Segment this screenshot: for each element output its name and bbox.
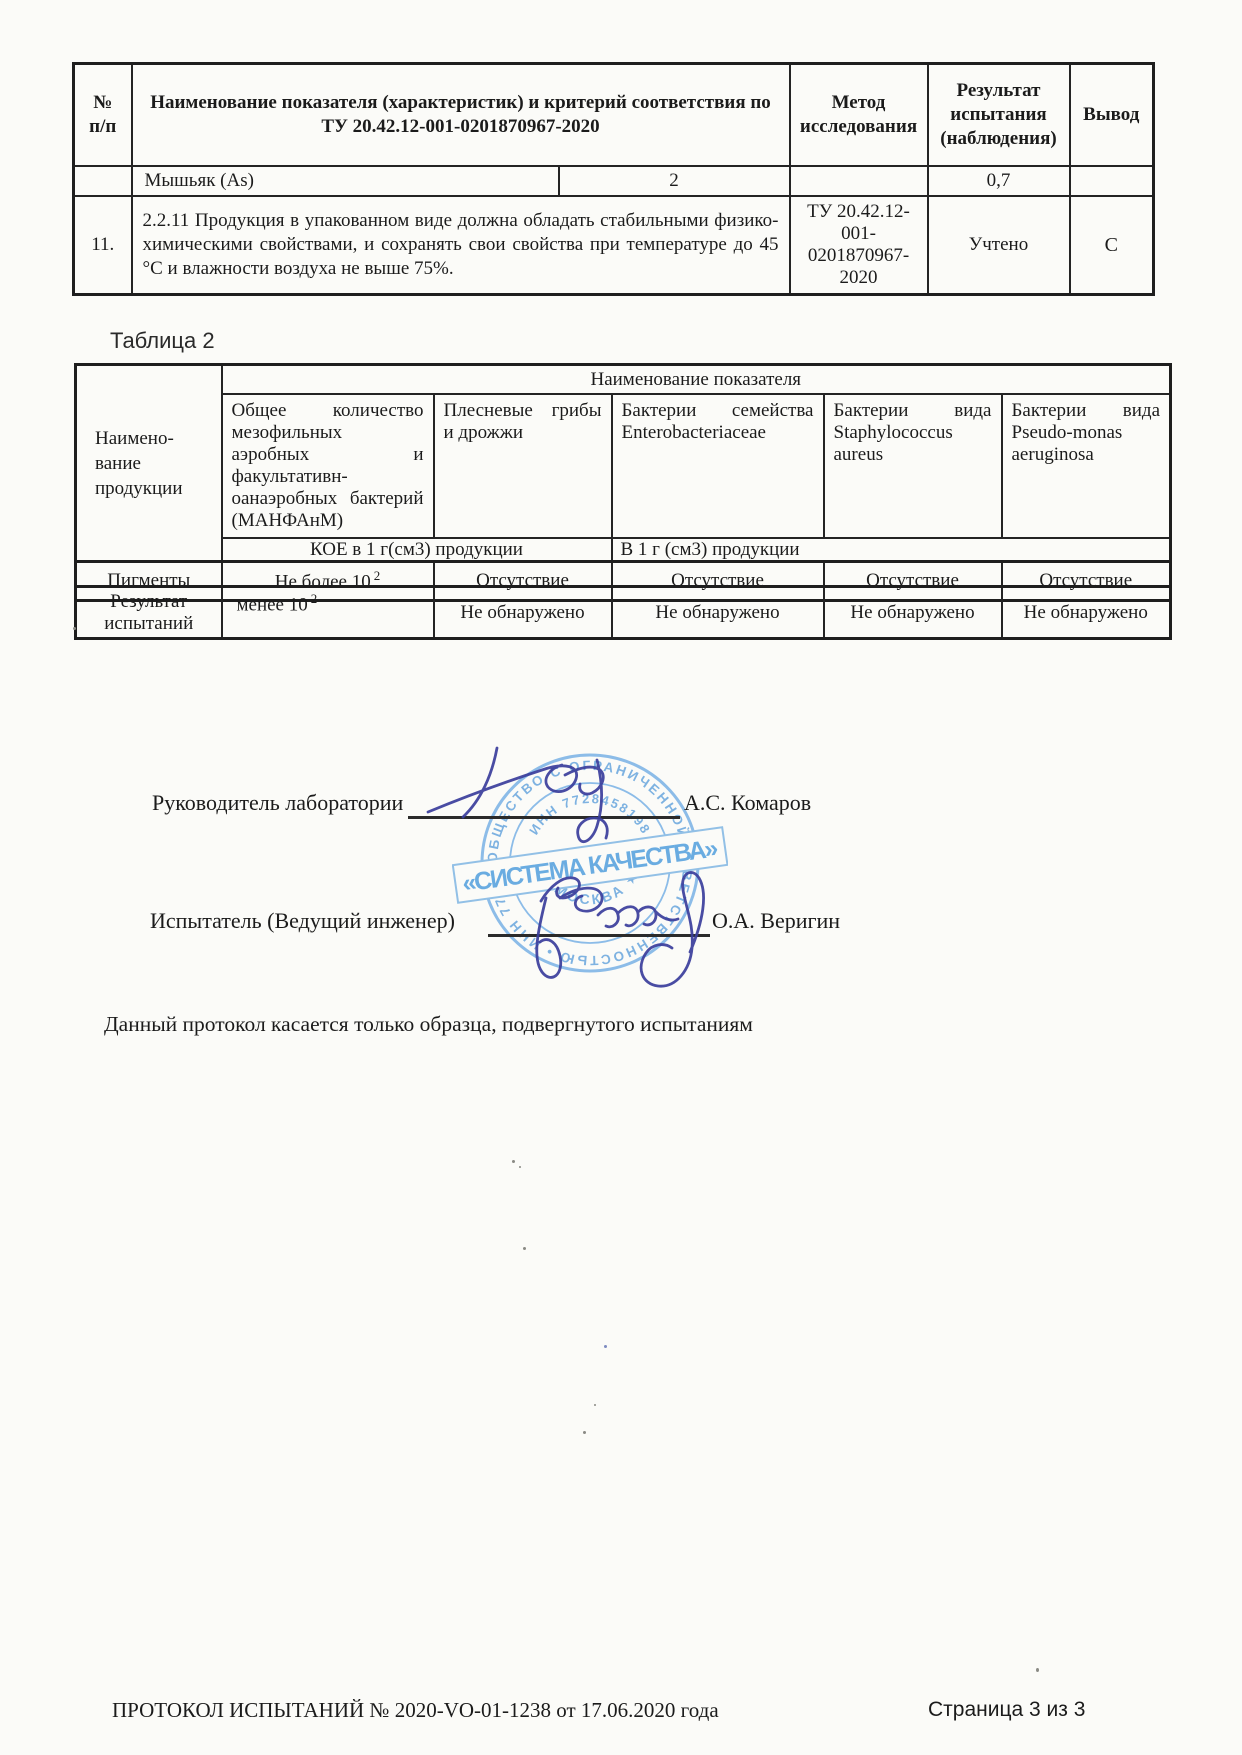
signature-verigin: [537, 872, 704, 986]
header-num: № п/п: [74, 64, 132, 167]
norm-qmafanm-exponent: 2: [374, 568, 381, 583]
result-qmafanm-exponent: 2: [311, 591, 318, 606]
table-header-row: № п/п Наименование показателя (характери…: [74, 64, 1154, 167]
footer-protocol-number: ПРОТОКОЛ ИСПЫТАНИЙ № 2020-VO-01-1238 от …: [112, 1698, 719, 1723]
header-name: Наименование показателя (характеристик) …: [132, 64, 790, 167]
handwritten-signatures: [380, 700, 810, 1020]
indicator-staphylococcus: Бактерии вида Staphylococcus aureus: [824, 394, 1002, 538]
result-entero-cell: Не обнаружено: [612, 587, 824, 639]
test-results-table: № п/п Наименование показателя (характери…: [72, 62, 1155, 296]
header-result: Результат испытания (наблюдения): [928, 64, 1070, 167]
indicator-qmafanm: Общее количество мезофильных аэробных и …: [222, 394, 434, 538]
signature-komarov: [428, 748, 607, 842]
indicator-enterobacteriaceae: Бактерии семейства Enterobacteriaceae: [612, 394, 824, 538]
table-row-11: 11. 2.2.11 Продукция в упакованном виде …: [74, 196, 1154, 295]
footer-page-number: Страница 3 из 3: [928, 1698, 1085, 1722]
arsenic-result-cell: 0,7: [928, 166, 1070, 196]
row11-result-cell: Учтено: [928, 196, 1070, 295]
scan-speck: [519, 1166, 521, 1168]
group-header-row: Наимено- вание продукции Наименование по…: [76, 365, 1171, 395]
signatures-svg: [380, 700, 810, 1020]
scan-speck: [512, 1160, 515, 1163]
indicator-pseudomonas: Бактерии вида Pseudo-monas aeruginosa: [1002, 394, 1171, 538]
row11-requirement-cell: 2.2.11 Продукция в упакованном виде долж…: [132, 196, 790, 295]
scan-speck: [583, 1431, 586, 1434]
result-qmafanm-cell: менее 102: [222, 587, 434, 639]
units-row: КОЕ в 1 г(см3) продукции В 1 г (см3) про…: [76, 538, 1171, 562]
signature-role-1: Руководитель лаборатории: [152, 790, 403, 816]
scan-speck: [604, 1345, 607, 1348]
units-left-cell: КОЕ в 1 г(см3) продукции: [222, 538, 612, 562]
scan-speck: [73, 627, 76, 630]
result-pseudo-cell: Не обнаружено: [1002, 587, 1171, 639]
microbiology-results-table: Результат испытаний менее 102 Не обнаруж…: [74, 585, 1172, 640]
row11-num-cell: 11.: [74, 196, 132, 295]
table2-caption: Таблица 2: [110, 328, 215, 354]
arsenic-method-cell: [790, 166, 928, 196]
header-conclusion: Вывод: [1070, 64, 1154, 167]
result-staph-cell: Не обнаружено: [824, 587, 1002, 639]
result-molds-cell: Не обнаружено: [434, 587, 612, 639]
arsenic-num-cell: [74, 166, 132, 196]
table-row-arsenic: Мышьяк (As) 2 0,7: [74, 166, 1154, 196]
arsenic-norm-cell: 2: [559, 166, 790, 196]
result-row: Результат испытаний менее 102 Не обнаруж…: [76, 587, 1171, 639]
microbiology-table: Наимено- вание продукции Наименование по…: [74, 363, 1172, 602]
header-method: Метод исследования: [790, 64, 928, 167]
note-text: Данный протокол касается только образца,…: [104, 1012, 753, 1037]
scanned-protocol-page: № п/п Наименование показателя (характери…: [0, 0, 1242, 1755]
product-name-cell: Наимено- вание продукции: [76, 365, 222, 562]
arsenic-conclusion-cell: [1070, 166, 1154, 196]
units-right-cell: В 1 г (см3) продукции: [612, 538, 1171, 562]
scan-speck: [1036, 1668, 1039, 1672]
result-label-cell: Результат испытаний: [76, 587, 222, 639]
indicator-header-row: Общее количество мезофильных аэробных и …: [76, 394, 1171, 538]
scan-speck: [594, 1404, 596, 1406]
scan-speck: [523, 1247, 526, 1250]
row11-method-cell: ТУ 20.42.12- 001- 0201870967- 2020: [790, 196, 928, 295]
indicator-molds-yeasts: Плесневые грибы и дрожжи: [434, 394, 612, 538]
row11-conclusion-cell: С: [1070, 196, 1154, 295]
arsenic-name-cell: Мышьяк (As): [132, 166, 559, 196]
group-header-cell: Наименование показателя: [222, 365, 1171, 395]
result-qmafanm-value: менее 10: [237, 594, 308, 615]
